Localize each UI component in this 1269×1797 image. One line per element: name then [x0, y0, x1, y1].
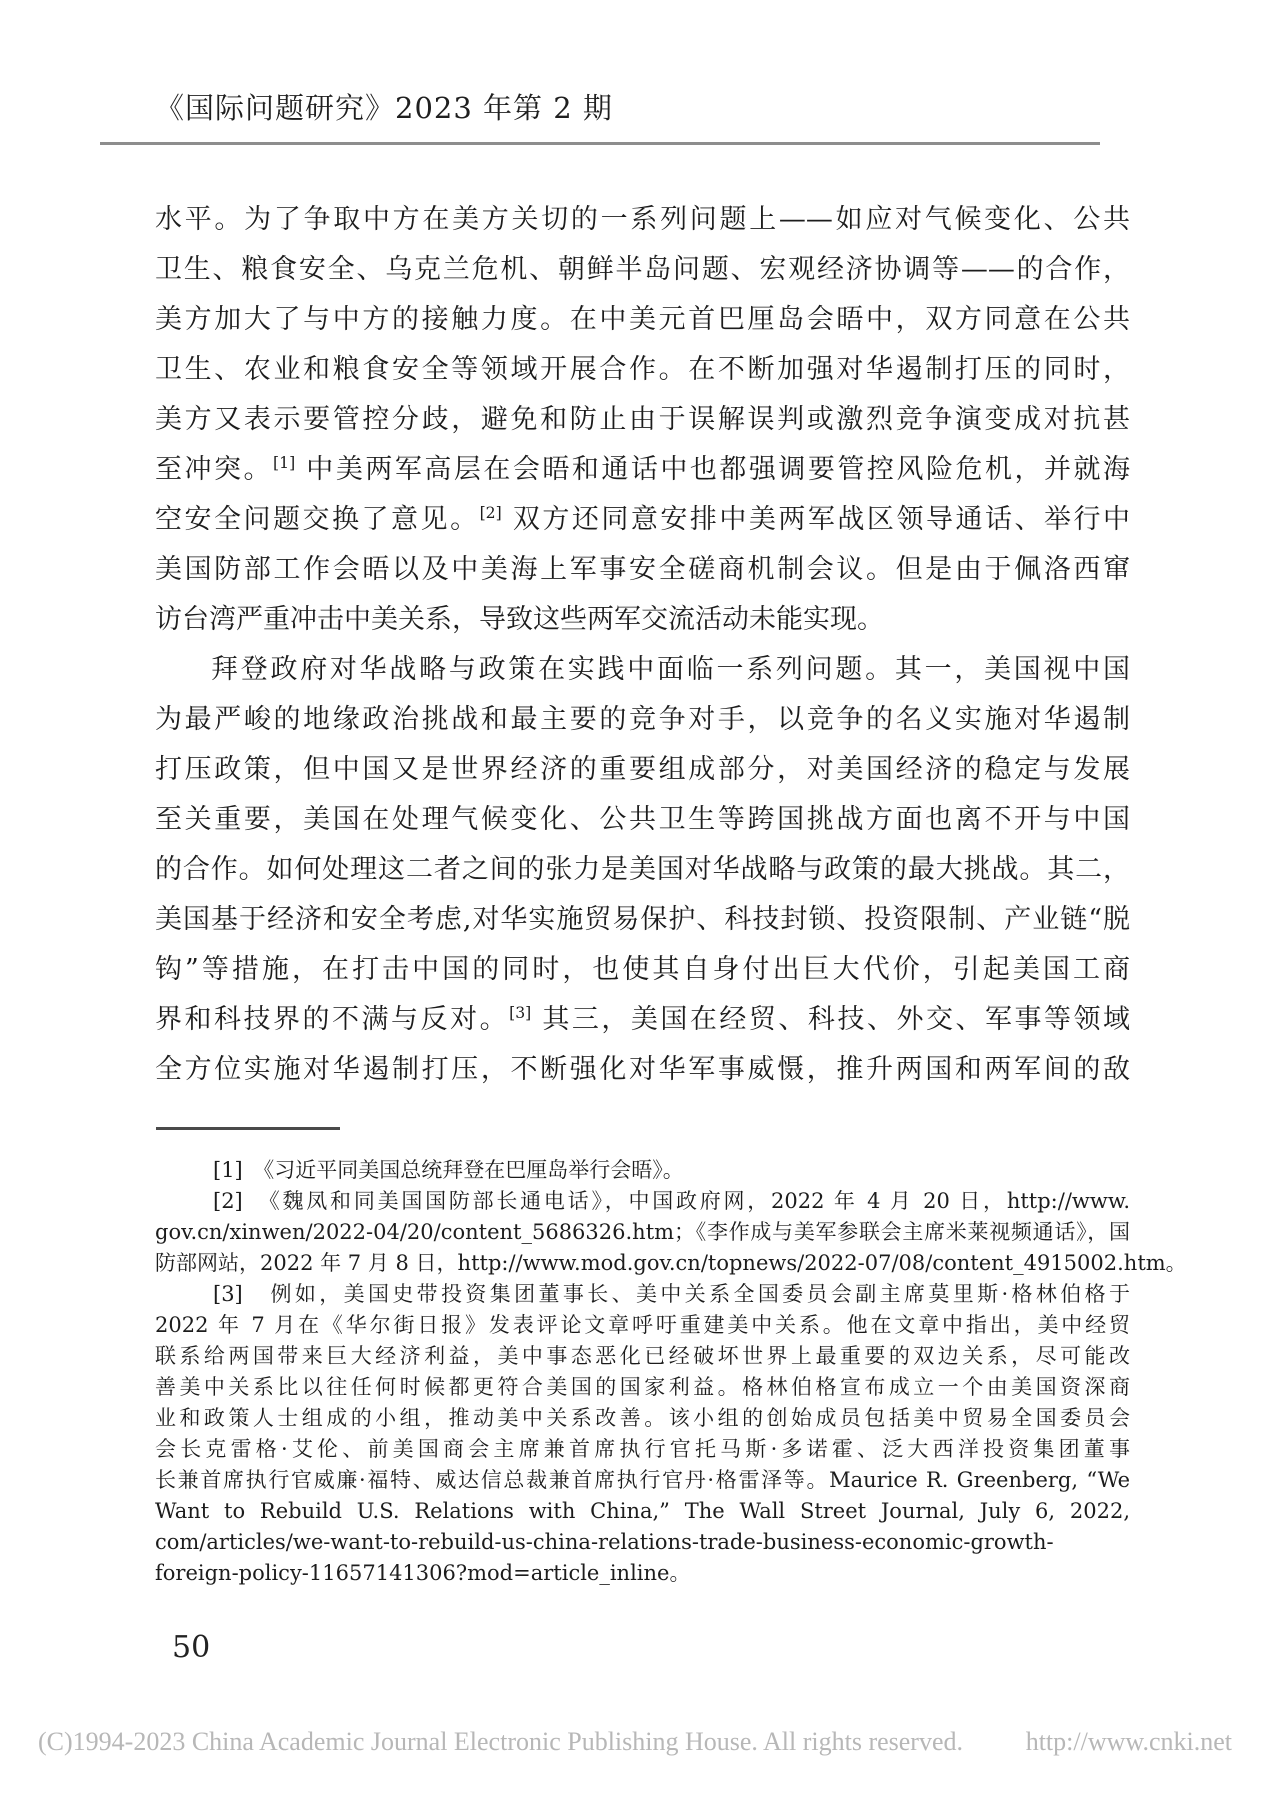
- footnote-line: 防部网站，2022 年 7 月 8 日，http://www.mod.gov.c…: [155, 1248, 1130, 1279]
- footnote-line: 联系给两国带来巨大经济利益，美中事态恶化已经破坏世界上最重要的双边关系，尽可能改: [155, 1341, 1130, 1372]
- journal-issue-header: 《国际问题研究》2023 年第 2 期: [155, 86, 613, 127]
- body-line: 为最严峻的地缘政治挑战和最主要的竞争对手，以竞争的名义实施对华遏制: [155, 695, 1130, 745]
- footnote-line: Want to Rebuild U.S. Relations with Chin…: [155, 1496, 1130, 1527]
- footnote-line: 善美中关系比以往任何时候都更符合美国的国家利益。格林伯格宣布成立一个由美国资深商: [155, 1372, 1130, 1403]
- body-line: 全方位实施对华遏制打压，不断强化对华军事威慑，推升两国和两军间的敌: [155, 1045, 1130, 1095]
- body-line: 美方加大了与中方的接触力度。在中美元首巴厘岛会晤中，双方同意在公共: [155, 295, 1130, 345]
- body-line: 拜登政府对华战略与政策在实践中面临一系列问题。其一，美国视中国: [155, 645, 1130, 695]
- page-number: 50: [172, 1630, 210, 1665]
- footnote-line: [1] 《习近平同美国总统拜登在巴厘岛举行会晤》。: [155, 1155, 1130, 1186]
- cnki-url: http://www.cnki.net: [1026, 1727, 1232, 1757]
- header-rule: [100, 142, 1100, 145]
- body-line: 空安全问题交换了意见。[2] 双方还同意安排中美两军战区领导通话、举行中: [155, 495, 1130, 545]
- document-page: 《国际问题研究》2023 年第 2 期 水平。为了争取中方在美方关切的一系列问题…: [0, 0, 1269, 1797]
- body-line: 卫生、农业和粮食安全等领域开展合作。在不断加强对华遏制打压的同时，: [155, 345, 1130, 395]
- footnote-line: 会长克雷格·艾伦、前美国商会主席兼首席执行官托马斯·多诺霍、泛大西洋投资集团董事: [155, 1434, 1130, 1465]
- body-line: 钩”等措施，在打击中国的同时，也使其自身付出巨大代价，引起美国工商: [155, 945, 1130, 995]
- body-line: 至冲突。[1] 中美两军高层在会晤和通话中也都强调要管控风险危机，并就海: [155, 445, 1130, 495]
- body-line: 打压政策，但中国又是世界经济的重要组成部分，对美国经济的稳定与发展: [155, 745, 1130, 795]
- footnote-ref: [2]: [480, 503, 502, 522]
- footnote-line: 长兼首席执行官威廉·福特、威达信总裁兼首席执行官丹·格雷泽等。Maurice R…: [155, 1465, 1130, 1496]
- body-line: 的合作。如何处理这二者之间的张力是美国对华战略与政策的最大挑战。其二，: [155, 845, 1130, 895]
- footnote-line: [2] 《魏凤和同美国国防部长通电话》，中国政府网，2022 年 4 月 20 …: [155, 1186, 1130, 1217]
- footnote-line: gov.cn/xinwen/2022-04/20/content_5686326…: [155, 1217, 1130, 1248]
- body-line: 卫生、粮食安全、乌克兰危机、朝鲜半岛问题、宏观经济协调等——的合作，: [155, 245, 1130, 295]
- copyright-footer: (C)1994-2023 China Academic Journal Elec…: [38, 1727, 1232, 1757]
- footnote-separator: [156, 1127, 340, 1130]
- footnote-line: [3] 例如，美国史带投资集团董事长、美中关系全国委员会副主席莫里斯·格林伯格于: [155, 1279, 1130, 1310]
- body-line: 界和科技界的不满与反对。[3] 其三，美国在经贸、科技、外交、军事等领域: [155, 995, 1130, 1045]
- footnote-ref: [3]: [509, 1003, 531, 1022]
- footnote-line: foreign-policy-11657141306?mod=article_i…: [155, 1558, 1130, 1589]
- footnote-line: 2022 年 7 月在《华尔街日报》发表评论文章呼吁重建美中关系。他在文章中指出…: [155, 1310, 1130, 1341]
- footnote-line: 业和政策人士组成的小组，推动美中关系改善。该小组的创始成员包括美中贸易全国委员会: [155, 1403, 1130, 1434]
- footnotes: [1] 《习近平同美国总统拜登在巴厘岛举行会晤》。[2] 《魏凤和同美国国防部长…: [155, 1155, 1130, 1589]
- body-line: 至关重要，美国在处理气候变化、公共卫生等跨国挑战方面也离不开与中国: [155, 795, 1130, 845]
- body-line: 美方又表示要管控分歧，避免和防止由于误解误判或激烈竞争演变成对抗甚: [155, 395, 1130, 445]
- article-body: 水平。为了争取中方在美方关切的一系列问题上——如应对气候变化、公共卫生、粮食安全…: [155, 195, 1130, 1095]
- body-line: 美国基于经济和安全考虑,对华实施贸易保护、科技封锁、投资限制、产业链“脱: [155, 895, 1130, 945]
- body-line: 水平。为了争取中方在美方关切的一系列问题上——如应对气候变化、公共: [155, 195, 1130, 245]
- copyright-text: (C)1994-2023 China Academic Journal Elec…: [38, 1727, 963, 1757]
- footnote-ref: [1]: [273, 453, 295, 472]
- body-line: 访台湾严重冲击中美关系，导致这些两军交流活动未能实现。: [155, 595, 1130, 645]
- footnote-line: com/articles/we-want-to-rebuild-us-china…: [155, 1527, 1130, 1558]
- body-line: 美国防部工作会晤以及中美海上军事安全磋商机制会议。但是由于佩洛西窜: [155, 545, 1130, 595]
